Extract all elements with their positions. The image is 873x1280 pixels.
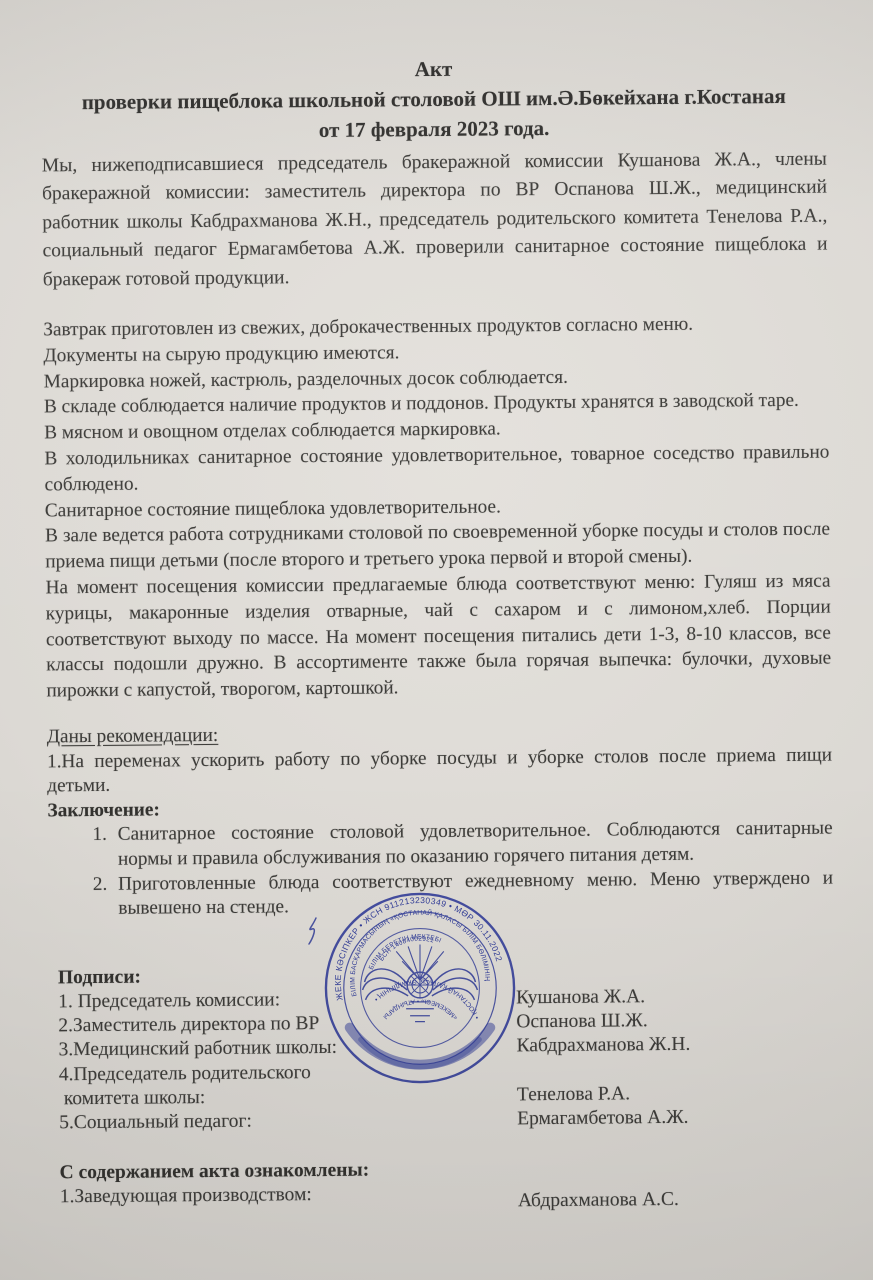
signature-name: Кушанова Ж.А. [516,983,834,1010]
conclusion-item: Приготовленные блюда соответствуют ежедн… [112,866,833,921]
document-page: Акт проверки пищеблока школьной столовой… [0,0,873,1280]
signature-name: Тенелова Р.А. [517,1080,835,1107]
body-line: На момент посещения комиссии предлагаемы… [45,569,831,705]
body-line: В зале ведется работа сотрудниками столо… [45,517,830,575]
body-line: В холодильниках санитарное состояние удо… [44,440,829,498]
document-content: Акт проверки пищеблока школьной столовой… [0,0,873,1280]
acknowledgement-name: Абдрахманова А.С. [518,1187,836,1214]
intro-paragraph: Мы, нижеподписавшиеся председатель браке… [42,146,828,295]
signature-name [517,1056,835,1083]
signatures-grid: 1. Председатель комиссии: Кушанова Ж.А. … [58,983,835,1135]
signature-name: Кабдрахманова Ж.Н. [516,1032,834,1059]
conclusion-item: Санитарное состояние столовой удовлетвор… [112,817,833,872]
recommendation-item: 1.На переменах ускорить работу по уборке… [47,743,832,799]
signature-name: Ермагамбетова А.Ж. [517,1104,835,1131]
acknowledgement-label: 1.Заведующая производством: [60,1182,518,1210]
signature-label: 5.Социальный педагог: [59,1107,517,1135]
recommendations-heading-text: Даны рекомендации: [47,725,219,747]
conclusion-list: Санитарное состояние столовой удовлетвор… [48,817,834,922]
acknowledgement-section: С содержанием акта ознакомлены: 1.Заведу… [51,1155,836,1210]
signature-name: Оспанова Ш.Ж. [516,1008,834,1035]
signatures-section: Подписи: 1. Председатель комиссии: Кушан… [49,959,835,1135]
